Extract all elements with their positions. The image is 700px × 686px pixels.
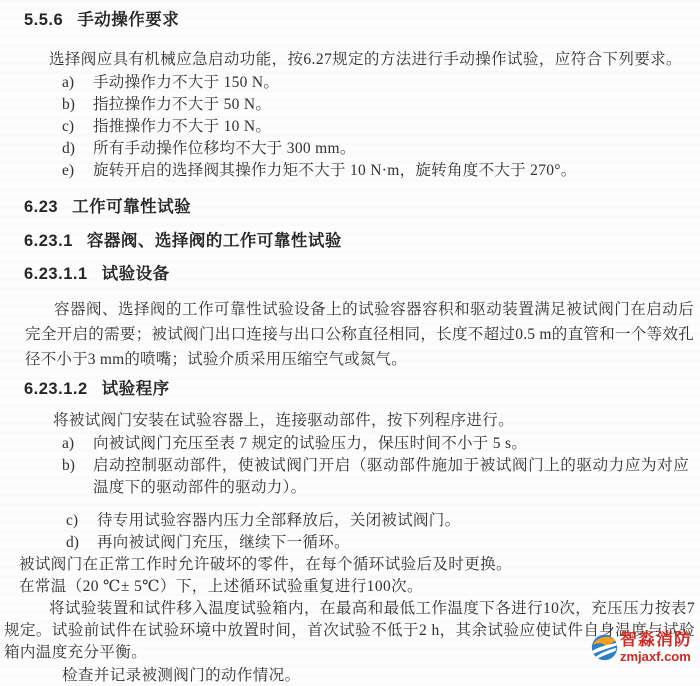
paragraph-temperature-test: 将试验装置和试件移入温度试验箱内，在最高和最低工作温度下各进行10次，充压压力按…: [4, 598, 695, 664]
list-marker: c): [66, 510, 97, 532]
list-item-d: d)再向被试阀门充压，继续下一循环。: [66, 532, 695, 554]
list-marker: b): [62, 94, 93, 116]
section-heading-6-23: 6.23工作可靠性试验: [24, 197, 695, 217]
paragraph-cycle-count: 在常温（20 ℃± 5℃）下，上述循环试验重复进行100次。: [19, 576, 695, 598]
section-number: 6.23: [24, 198, 58, 216]
paragraph-check-record: 检查并记录被测阀门的动作情况。: [24, 665, 695, 686]
list-marker: e): [62, 160, 93, 182]
list-marker: c): [62, 116, 93, 138]
list-text: 指拉操作力不大于 50 N。: [93, 94, 689, 116]
list-text: 手动操作力不大于 150 N。: [93, 72, 689, 94]
section-title: 试验程序: [102, 380, 170, 398]
section-heading-6-23-1: 6.23.1容器阀、选择阀的工作可靠性试验: [24, 231, 695, 251]
list-item-e: e)旋转开启的选择阀其操作力矩不大于 10 N·m，旋转角度不大于 270°。: [62, 160, 695, 182]
list-marker: b): [62, 455, 93, 499]
section-title: 工作可靠性试验: [72, 198, 191, 216]
section-number: 6.23.1.2: [24, 380, 88, 398]
list-marker: a): [62, 72, 93, 94]
list-item-d: d)所有手动操作位移均不大于 300 mm。: [62, 138, 695, 160]
section-heading-5-5-6: 5.5.6手动操作要求: [24, 10, 695, 30]
list-text: 启动控制驱动部件，使被试阀门开启（驱动部件施加于被试阀门上的驱动力应为对应温度下…: [93, 455, 689, 499]
test-procedure-list-cd: c)待专用试验容器内压力全部释放后，关闭被试阀门。 d)再向被试阀门充压，继续下…: [24, 510, 695, 554]
list-item-a: a)向被试阀门充压至表 7 规定的试验压力，保压时间不小于 5 s。: [62, 433, 695, 455]
list-marker: a): [62, 433, 93, 455]
list-text: 再向被试阀门充压，继续下一循环。: [97, 532, 689, 554]
section-title: 容器阀、选择阀的工作可靠性试验: [87, 232, 342, 250]
manual-operation-requirements-list: a)手动操作力不大于 150 N。 b)指拉操作力不大于 50 N。 c)指推操…: [24, 72, 695, 182]
list-marker: d): [66, 532, 97, 554]
paragraph-test-procedure-intro: 将被试阀门安装在试验容器上，连接驱动部件，按下列程序进行。: [24, 410, 695, 432]
list-text: 所有手动操作位移均不大于 300 mm。: [93, 138, 689, 160]
section-heading-6-23-1-1: 6.23.1.1试验设备: [24, 264, 695, 284]
list-text: 待专用试验容器内压力全部释放后，关闭被试阀门。: [97, 510, 689, 532]
section-title: 手动操作要求: [77, 11, 179, 29]
section-heading-6-23-1-2: 6.23.1.2试验程序: [24, 379, 695, 399]
list-item-b: b)启动控制驱动部件，使被试阀门开启（驱动部件施加于被试阀门上的驱动力应为对应温…: [62, 455, 695, 499]
list-marker: d): [62, 138, 93, 160]
paragraph-manual-operation-intro: 选择阀应具有机械应急启动功能，按6.27规定的方法进行手动操作试验，应符合下列要…: [24, 49, 695, 71]
section-number: 5.5.6: [24, 11, 63, 29]
list-text: 向被试阀门充压至表 7 规定的试验压力，保压时间不小于 5 s。: [93, 433, 689, 455]
section-number: 6.23.1.1: [24, 265, 88, 283]
paragraph-test-equipment: 容器阀、选择阀的工作可靠性试验设备上的试验容器容积和驱动装置满足被试阀门在启动后…: [25, 297, 694, 372]
list-item-b: b)指拉操作力不大于 50 N。: [62, 94, 695, 116]
document-page: 5.5.6手动操作要求 选择阀应具有机械应急启动功能，按6.27规定的方法进行手…: [0, 0, 700, 686]
test-procedure-list-ab: a)向被试阀门充压至表 7 规定的试验压力，保压时间不小于 5 s。 b)启动控…: [24, 433, 695, 499]
list-item-a: a)手动操作力不大于 150 N。: [62, 72, 695, 94]
section-title: 试验设备: [102, 265, 170, 283]
section-number: 6.23.1: [24, 232, 73, 250]
list-item-c: c)待专用试验容器内压力全部释放后，关闭被试阀门。: [66, 510, 695, 532]
list-text: 指推操作力不大于 10 N。: [93, 116, 689, 138]
paragraph-replace-parts: 被试阀门在正常工作时允许破坏的零件，在每个循环试验后及时更换。: [19, 554, 695, 576]
list-text: 旋转开启的选择阀其操作力矩不大于 10 N·m，旋转角度不大于 270°。: [93, 160, 689, 182]
list-item-c: c)指推操作力不大于 10 N。: [62, 116, 695, 138]
